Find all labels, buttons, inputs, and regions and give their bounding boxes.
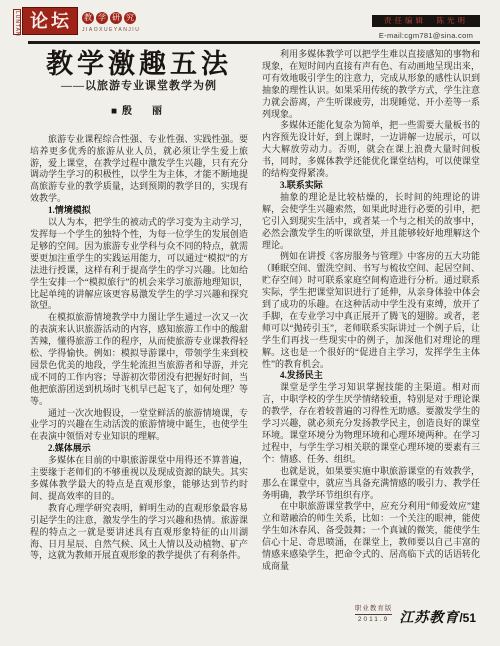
body-paragraph: 例如在讲授《客房服务与管理》中客房的五大功能（睡眠空间、盥洗空间、书写与梳妆空间…	[262, 251, 480, 370]
article-body: 教学激趣五法 ——以旅游专业课堂教学为例 ■殷 丽 旅游专业课程综合性强、专业性…	[0, 44, 500, 638]
section-title-circles: 教学研究	[82, 12, 140, 24]
body-paragraph: 多媒体在目前的中职旅游课堂中用得还不算普遍，主要缘于老师们的不够重视以及现成资源…	[30, 455, 248, 503]
journal-logo: LUNTAN 论坛 教学研究 JIAOXUEYANJIU	[13, 7, 140, 35]
article-title-block: 教学激趣五法 ——以旅游专业课堂教学为例 ■殷 丽	[30, 49, 248, 118]
journal-name: 江苏教育	[399, 611, 459, 626]
section-heading: 4.发扬民主	[262, 370, 480, 382]
section-title-circle: 究	[124, 12, 136, 24]
body-paragraph: 抽象的理论是比较枯燥的，长时间的纯理论的讲解，会使学生兴趣索然，如果此时进行必要…	[262, 192, 480, 252]
section-heading: 3.联系实际	[262, 180, 480, 192]
body-paragraph: 多媒体还能化复杂为简单，把一些需要大量板书的内容预先设计好，到上课时，一边讲解一…	[262, 120, 480, 180]
left-column-text: 旅游专业课程综合性强、专业性强、实践性强。要培养更多优秀的旅游从业人员，就必须让…	[30, 134, 248, 563]
page-footer: 职业教育版 2011.9 江苏教育/51	[262, 598, 480, 628]
left-column: 教学激趣五法 ——以旅游专业课堂教学为例 ■殷 丽 旅游专业课程综合性强、专业性…	[30, 49, 248, 628]
edition-issue-stack: 职业教育版 2011.9	[355, 606, 393, 626]
page-header: LUNTAN 论坛 教学研究 JIAOXUEYANJIU 责任编辑 陈光明 E-…	[0, 0, 500, 40]
forum-logo-text: 论坛	[22, 7, 78, 35]
body-paragraph: 以人为本，把学生的被动式的学习变为主动学习，发挥每一个学生的独特个性，为每一位学…	[30, 217, 248, 312]
section-title-circle: 学	[96, 12, 108, 24]
editor-name-bar: 责任编辑 陈光明	[372, 15, 480, 27]
editor-email: E-mail:cgm781@sina.com	[372, 31, 480, 40]
right-column: 利用多媒体教学可以把学生难以直接感知的事物和现象，在短时间内直接有声有色、有动画…	[262, 49, 480, 628]
body-paragraph: 通过一次次地假设，一堂堂鲜活的旅游情境课，专业学习的兴趣在生动活泼的旅游情境中诞…	[30, 408, 248, 444]
body-paragraph: 课堂是学生学习知识掌握技能的主渠道。相对而言，中职学校的学生厌学情绪较重，特别是…	[262, 382, 480, 465]
right-column-text: 利用多媒体教学可以把学生难以直接感知的事物和现象，在短时间内直接有声有色、有动画…	[262, 49, 480, 573]
logo-vertical-pinyin: LUNTAN	[13, 9, 21, 35]
section-heading: 1.情境模拟	[30, 205, 248, 217]
section-title-circle: 教	[82, 12, 94, 24]
page-number: /51	[459, 611, 476, 625]
body-paragraph: 在模拟旅游情境教学中力图让学生通过一次又一次的表演来认识旅游活动的内容，感知旅游…	[30, 312, 248, 407]
section-title-circle: 研	[110, 12, 122, 24]
article-title: 教学激趣五法	[30, 59, 248, 71]
logo-section-block: 教学研究 JIAOXUEYANJIU	[82, 7, 140, 33]
journal-page-mark: 江苏教育/51	[399, 613, 476, 626]
article-author: ■殷 丽	[30, 106, 248, 118]
body-paragraph: 旅游专业课程综合性强、专业性强、实践性强。要培养更多优秀的旅游从业人员，就必须让…	[30, 134, 248, 205]
edition-label: 职业教育版	[355, 606, 393, 615]
scanned-journal-page: LUNTAN 论坛 教学研究 JIAOXUEYANJIU 责任编辑 陈光明 E-…	[0, 0, 500, 646]
issue-date: 2011.9	[355, 615, 393, 623]
body-paragraph: 也就是说，如果要实施中职旅游课堂的有效教学，那么在课堂中，就应当具备充满情感的吸…	[262, 466, 480, 502]
body-paragraph: 教育心理学研究表明，鲜明生动的直观形象最容易引起学生的注意，激发学生的学习兴趣和…	[30, 503, 248, 563]
body-paragraph: 利用多媒体教学可以把学生难以直接感知的事物和现象，在短时间内直接有声有色、有动画…	[262, 49, 480, 120]
section-title-pinyin: JIAOXUEYANJIU	[82, 27, 140, 33]
section-heading: 2.媒体展示	[30, 443, 248, 455]
body-paragraph: 在中职旅游课堂教学中，应充分利用“师爱效应”建立和谐融洽的师生关系，比如：一个关…	[262, 501, 480, 572]
editor-info: 责任编辑 陈光明 E-mail:cgm781@sina.com	[372, 10, 480, 40]
article-subtitle: ——以旅游专业课堂教学为例	[30, 81, 248, 93]
